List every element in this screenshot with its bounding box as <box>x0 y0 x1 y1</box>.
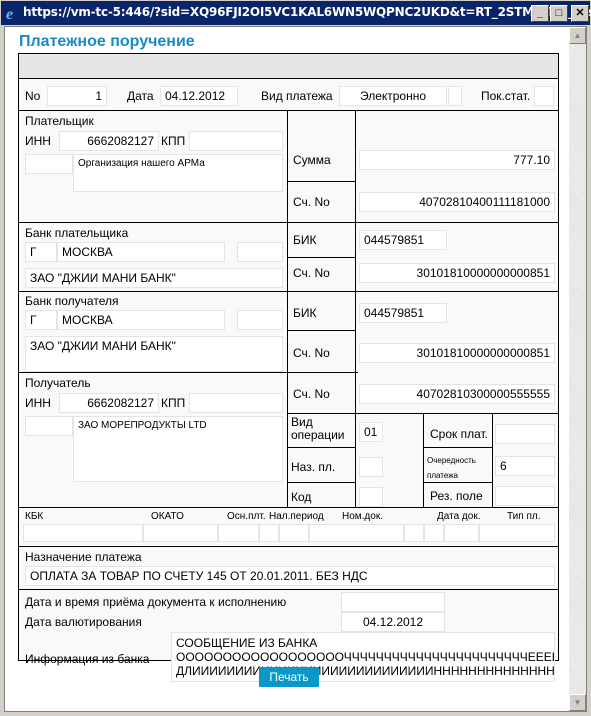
no-label: No <box>25 89 40 103</box>
purpose-label: Назначение платежа <box>25 550 142 564</box>
bank-info-line-3: ДЛИИИИИИИИИИИИИИИИИИИИИИИИИИИИНННННННННН… <box>176 664 550 678</box>
sum-label: Сумма <box>293 153 331 167</box>
payer-account-short-field[interactable] <box>25 154 73 174</box>
kbk-label: КБК <box>25 511 43 522</box>
payer-account-label: Сч. No <box>293 195 330 209</box>
payer-bank-bik-label: БИК <box>293 233 317 247</box>
payee-account-label: Сч. No <box>293 387 330 401</box>
payee-title: Получатель <box>25 376 91 390</box>
payer-kpp-field[interactable] <box>189 131 283 151</box>
minimize-icon[interactable]: _ <box>531 5 549 22</box>
print-button[interactable]: Печать <box>259 667 319 687</box>
doc-date-field-2[interactable] <box>424 524 444 542</box>
due-field[interactable] <box>495 424 555 444</box>
payee-bank-account-field[interactable]: 30101810000000000851 <box>359 343 555 363</box>
priority-label: Очередностьплатежа <box>427 453 476 483</box>
payer-bank-city-prefix-field[interactable]: Г <box>25 242 57 262</box>
payee-kpp-field[interactable] <box>189 393 283 413</box>
payer-bank-title: Банк плательщика <box>25 226 128 240</box>
payment-type-label: Вид платежа <box>261 89 333 103</box>
payee-bank-bik-label: БИК <box>293 306 317 320</box>
payee-bank-city-field[interactable]: МОСКВА <box>57 310 225 330</box>
type-label: Тип пл. <box>507 511 540 522</box>
vertical-scrollbar[interactable]: ▲ ▼ <box>569 27 586 711</box>
period-label: Нал.период <box>269 511 324 522</box>
window-title: https://vm-tc-5:446/?sid=XQ96FJI2OI5VC1K… <box>23 5 591 19</box>
doc-date-field-1[interactable] <box>404 524 424 542</box>
payment-type-field[interactable]: Электронно <box>339 86 447 106</box>
window-titlebar: e https://vm-tc-5:446/?sid=XQ96FJI2OI5VC… <box>0 0 591 26</box>
sum-field[interactable]: 777.10 <box>359 150 555 170</box>
bank-info-line-1: СООБЩЕНИЕ ИЗ БАНКА <box>176 636 550 650</box>
form-header-bar <box>19 54 558 79</box>
payee-bank-name-field[interactable]: ЗАО "ДЖИИ МАНИ БАНК" <box>25 336 283 372</box>
svg-text:e: e <box>6 6 13 21</box>
date-field[interactable]: 04.12.2012 <box>160 86 238 106</box>
period-field-2[interactable] <box>279 524 309 542</box>
ie-icon: e <box>5 5 21 21</box>
value-date-field[interactable]: 04.12.2012 <box>341 612 445 632</box>
purpose-code-label: Наз. пл. <box>291 460 335 474</box>
doc-no-field[interactable] <box>309 524 404 542</box>
doc-no-label: Ном.док. <box>342 511 383 522</box>
bank-info-line-2: ООООООООООООООООООЧЧЧЧЧЧЧЧЧЧЧЧЧЧЧЧЧЧЧЧЧЧ… <box>176 650 550 664</box>
payer-bank-account-label: Сч. No <box>293 266 330 280</box>
payer-bank-city-field[interactable]: МОСКВА <box>57 242 225 262</box>
payee-account-short-field[interactable] <box>25 416 73 436</box>
value-date-label: Дата валютирования <box>25 615 142 629</box>
period-field-1[interactable] <box>259 524 279 542</box>
status-label: Пок.стат. <box>481 89 530 103</box>
kbk-field[interactable] <box>23 524 143 542</box>
payee-account-field[interactable]: 40702810300000555555 <box>359 384 555 404</box>
okato-field[interactable] <box>143 524 218 542</box>
page-viewport: ▲ ▼ Платежное поручение No 1 Дата 04.12.… <box>4 26 587 712</box>
no-field[interactable]: 1 <box>47 86 107 106</box>
status-field[interactable] <box>534 86 554 106</box>
payer-inn-field[interactable]: 6662082127 <box>59 131 159 151</box>
op-type-field[interactable]: 01 <box>359 422 383 442</box>
payee-inn-field[interactable]: 6662082127 <box>59 393 159 413</box>
reserve-label: Рез. поле <box>430 489 483 503</box>
purpose-code-field[interactable] <box>359 457 383 477</box>
bank-info-label: Информация из банка <box>25 652 149 666</box>
basis-field[interactable] <box>218 524 259 542</box>
payer-bank-extra-field[interactable] <box>237 242 283 262</box>
payee-bank-title: Банк получателя <box>25 294 118 308</box>
payer-bank-name-field[interactable]: ЗАО "ДЖИИ МАНИ БАНК" <box>25 268 283 288</box>
accept-date-label: Дата и время приёма документа к исполнен… <box>25 595 286 609</box>
payer-name-field[interactable]: Организация нашего АРМа <box>73 154 283 192</box>
reserve-field[interactable] <box>495 486 555 506</box>
payer-bank-account-field[interactable]: 30101810000000000851 <box>359 263 555 283</box>
payer-inn-label: ИНН <box>25 134 51 148</box>
payee-bank-extra-field[interactable] <box>237 310 283 330</box>
type-field[interactable] <box>479 524 555 542</box>
payer-title: Плательщик <box>25 114 94 128</box>
payee-name-field[interactable]: ЗАО МОРЕПРОДУКТЫ LTD <box>73 416 283 482</box>
payee-kpp-label: КПП <box>161 396 185 410</box>
code-label: Код <box>291 490 311 504</box>
priority-field[interactable]: 6 <box>495 456 555 476</box>
payer-bank-bik-field[interactable]: 044579851 <box>359 230 447 250</box>
payment-order-form: No 1 Дата 04.12.2012 Вид платежа Электро… <box>18 53 559 661</box>
okato-label: ОКАТО <box>151 511 184 522</box>
maximize-icon[interactable]: □ <box>550 5 568 22</box>
payee-bank-account-label: Сч. No <box>293 346 330 360</box>
bank-info-field[interactable]: СООБЩЕНИЕ ИЗ БАНКА ООООООООООООООООООЧЧЧ… <box>171 632 555 682</box>
code-field[interactable] <box>359 487 383 507</box>
payer-kpp-label: КПП <box>161 134 185 148</box>
purpose-field[interactable]: ОПЛАТА ЗА ТОВАР ПО СЧЕТУ 145 ОТ 20.01.20… <box>25 566 555 586</box>
payee-inn-label: ИНН <box>25 396 51 410</box>
scroll-down-icon[interactable]: ▼ <box>569 694 586 711</box>
doc-date-label: Дата док. <box>437 511 480 522</box>
scroll-up-icon[interactable]: ▲ <box>569 27 586 44</box>
close-icon[interactable]: ✕ <box>571 5 589 22</box>
payee-bank-city-prefix-field[interactable]: Г <box>25 310 57 330</box>
page-title: Платежное поручение <box>19 33 195 51</box>
op-type-label: Видоперации <box>291 416 344 442</box>
payer-account-field[interactable]: 40702810400111181000 <box>359 192 555 212</box>
basis-label: Осн.плт. <box>227 511 266 522</box>
payee-bank-bik-field[interactable]: 044579851 <box>359 303 447 323</box>
doc-date-field-3[interactable] <box>444 524 479 542</box>
accept-date-field[interactable] <box>341 592 445 612</box>
date-label: Дата <box>127 89 154 103</box>
payment-type-extra-field[interactable] <box>448 86 462 106</box>
due-label: Срок плат. <box>430 427 488 441</box>
